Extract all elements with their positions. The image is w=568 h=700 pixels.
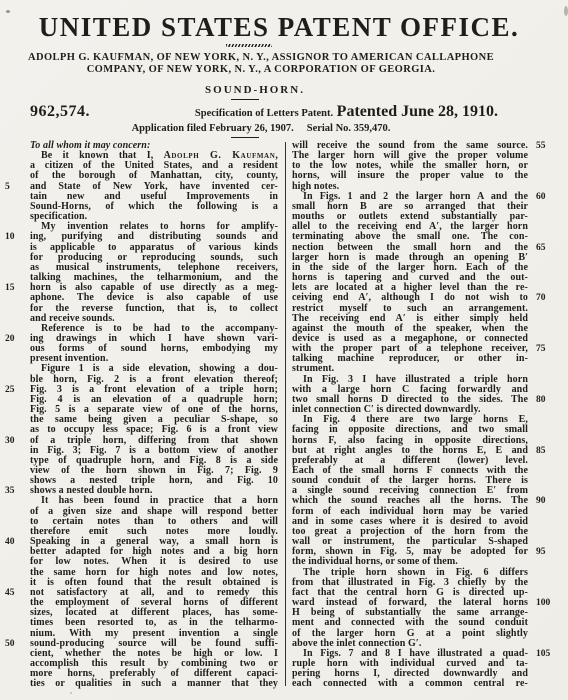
scan-artifact (564, 6, 568, 16)
line-number: 55 (536, 141, 566, 151)
line-number: 90 (536, 496, 566, 506)
line-number: 40 (5, 537, 24, 547)
line-number: 25 (5, 385, 24, 395)
patent-meta-row: 962,574. Specification of Letters Patent… (30, 103, 528, 121)
text-line: each connected with a common central re- (292, 679, 528, 689)
patent-number: 962,574. (30, 103, 195, 121)
application-filed-date: Application filed February 26, 1907. (132, 123, 294, 134)
line-number: 10 (5, 232, 24, 242)
patent-document-page: UNITED STATES PATENT OFFICE. ADOLPH G. K… (0, 0, 568, 700)
left-column: To all whom it may concern:Be it known t… (30, 141, 278, 689)
specification-label: Specification of Letters Patent. (195, 108, 333, 119)
line-number: 70 (536, 293, 566, 303)
short-divider-rule (231, 137, 259, 138)
line-number: 80 (536, 395, 566, 405)
line-number: 5 (5, 182, 24, 192)
line-number: 35 (5, 486, 24, 496)
line-number: 105 (536, 649, 566, 659)
line-number: 85 (536, 446, 566, 456)
application-line: Application filed February 26, 1907.Seri… (12, 123, 510, 135)
line-number: 30 (5, 436, 24, 446)
line-text: each connected with a common central re- (292, 678, 528, 689)
line-number: 15 (5, 283, 24, 293)
line-number: 95 (536, 547, 566, 557)
text-line: ties or qualities in such a manner that … (30, 679, 278, 689)
line-number: 20 (5, 334, 24, 344)
line-number: 50 (5, 639, 24, 649)
line-text: ties or qualities in such a manner that … (30, 678, 278, 689)
scan-artifact (6, 10, 10, 13)
patent-header: UNITED STATES PATENT OFFICE. ADOLPH G. K… (30, 13, 528, 138)
patent-body: To all whom it may concern:Be it known t… (30, 141, 528, 689)
right-column: will receive the sound from the same sou… (292, 141, 528, 689)
page-content: UNITED STATES PATENT OFFICE. ADOLPH G. K… (30, 0, 528, 689)
assignor-line-1: ADOLPH G. KAUFMAN, OF NEW YORK, N. Y., A… (12, 52, 510, 64)
column-divider (285, 142, 286, 686)
serial-number: Serial No. 359,470. (307, 123, 391, 134)
line-number: 60 (536, 192, 566, 202)
line-number: 75 (536, 344, 566, 354)
line-number: 45 (5, 588, 24, 598)
short-divider-rule (231, 99, 259, 100)
line-number: 100 (536, 598, 566, 608)
invention-title: SOUND-HORN. (6, 84, 504, 96)
page-title: UNITED STATES PATENT OFFICE. (30, 13, 528, 42)
assignor-line-2: COMPANY, OF NEW YORK, N. Y., A CORPORATI… (12, 64, 510, 76)
title-divider-rule (226, 44, 272, 47)
line-number: 65 (536, 243, 566, 253)
patented-date: Patented June 28, 1910. (333, 103, 528, 121)
scan-artifact (70, 692, 72, 694)
